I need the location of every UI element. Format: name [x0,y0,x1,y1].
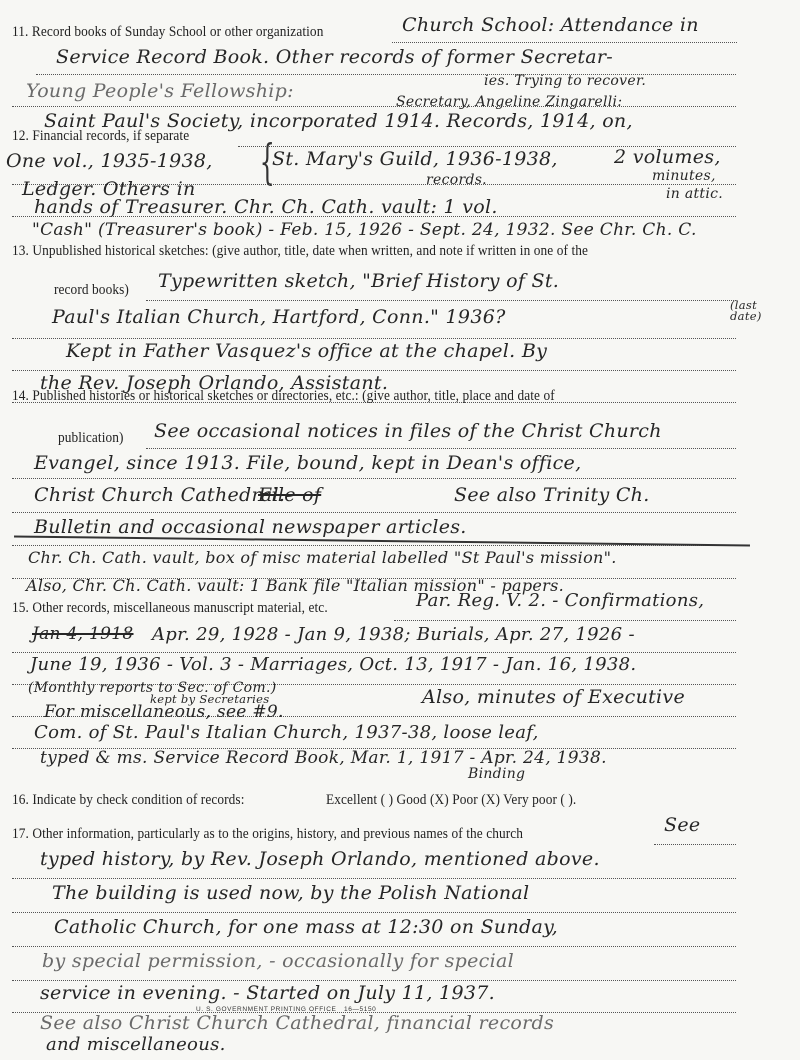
item-14-line-4 [12,545,736,546]
item-15-answer-line-2: Apr. 29, 1928 - Jan 9, 1938; Burials, Ap… [152,624,635,645]
item-11-answer-line-1: Church School: Attendance in [402,14,699,36]
item-17-answer-line-6: service in evening. - Started on July 11… [40,982,495,1004]
item-15-answer-line-6: typed & ms. Service Record Book, Mar. 1,… [40,748,607,768]
item-17-answer-line-2: typed history, by Rev. Joseph Orlando, m… [40,848,600,870]
item-16-label: 16. Indicate by check condition of recor… [12,792,245,809]
item-17-line-4 [12,946,736,947]
item-16-condition-checks: Excellent ( ) Good (X) Poor (X) Very poo… [326,792,576,809]
item-15-answer-line-5: Com. of St. Paul's Italian Church, 1937-… [34,722,539,743]
item-14-answer-line-3b: See also Trinity Ch. [454,484,650,506]
item-15-line-2 [12,652,736,653]
item-13-label: 13. Unpublished historical sketches: (gi… [12,243,588,260]
item-15-label: 15. Other records, miscellaneous manuscr… [12,600,328,617]
item-11-answer-line-4: Young People's Fellowship: [26,80,294,102]
survey-form-page: 11. Record books of Sunday School or oth… [0,0,800,1060]
item-17-answer-line-5: by special permission, - occasionally fo… [42,950,514,972]
item-12-answer-attic: in attic. [666,186,723,202]
item-17-answer-line-7: See also Christ Church Cathedral, financ… [40,1012,554,1034]
item-12-answer-guild: St. Mary's Guild, 1936-1938, [272,148,558,170]
item-13-answer-last-date: (last date) [730,300,770,322]
item-17-line-5 [12,980,736,981]
item-11-answer-line-2: Service Record Book. Other records of fo… [56,46,613,68]
item-11-answer-line-3: ies. Trying to recover. [484,73,646,89]
item-12-answer-volumes: 2 volumes, [614,146,721,168]
item-11-label: 11. Record books of Sunday School or oth… [12,24,323,41]
item-14-answer-vault-box: Chr. Ch. Cath. vault, box of misc materi… [28,548,617,567]
item-17-line-3 [12,912,736,913]
item-14-answer-line-4: Bulletin and occasional newspaper articl… [34,516,467,538]
item-15-answer-struck: Jan 4, 1918 [32,624,134,644]
item-15-answer-line-3: June 19, 1936 - Vol. 3 - Marriages, Oct.… [30,654,636,675]
item-11-line-1 [392,42,737,43]
item-14-answer-line-1: See occasional notices in files of the C… [154,420,662,442]
item-12-answer-one-vol: One vol., 1935-1938, [6,150,213,172]
item-12-answer-records: records. [426,172,487,188]
item-15-answer-also-minutes: Also, minutes of Executive [422,686,685,708]
item-15-line-1 [394,620,736,621]
item-13-line-1 [146,300,736,301]
item-14-line-2 [12,478,736,479]
item-12-answer-cash-book: "Cash" (Treasurer's book) - Feb. 15, 192… [32,220,697,240]
item-17-line-2 [12,878,736,879]
item-12-label: 12. Financial records, if separate [12,128,189,145]
item-17-line-1 [654,844,736,845]
item-13-answer-line-1: Typewritten sketch, "Brief History of St… [158,270,559,292]
item-13-line-3 [12,370,736,371]
item-14-answer-line-2: Evangel, since 1913. File, bound, kept i… [34,452,581,474]
item-17-answer-line-3: The building is used now, by the Polish … [52,882,529,904]
item-14-line-3 [12,512,736,513]
item-11-line-3 [12,106,736,107]
item-13-line-2 [12,338,736,339]
item-13-answer-line-2: Paul's Italian Church, Hartford, Conn." … [52,306,506,328]
item-14-answer-line-3a: Christ Church Cathedral. [34,484,285,506]
item-15-answer-line-1: Par. Reg. V. 2. - Confirmations, [416,590,704,611]
item-14-label: 14. Published histories or historical sk… [12,388,555,405]
item-12-answer-minutes: minutes, [652,168,716,184]
item-11-answer-line-5: Secretary, Angeline Zingarelli: [396,94,622,110]
item-17-label: 17. Other information, particularly as t… [12,826,523,843]
item-13-label-cont: record books) [54,282,129,299]
item-14-answer-struck: File of [258,484,321,506]
item-17-answer-line-4: Catholic Church, for one mass at 12:30 o… [54,916,558,938]
item-15-answer-binding: Binding [468,766,525,782]
item-12-answer-treasurer: hands of Treasurer. Chr. Ch. Cath. vault… [34,196,498,218]
item-14-line-1 [146,448,736,449]
item-17-answer-line-8: and miscellaneous. [46,1034,226,1055]
item-14-label-cont: publication) [58,430,124,447]
item-17-answer-see: See [664,814,700,836]
item-13-answer-line-3: Kept in Father Vasquez's office at the c… [66,340,547,362]
item-15-answer-miscellaneous: For miscellaneous, see #9. [44,702,284,722]
